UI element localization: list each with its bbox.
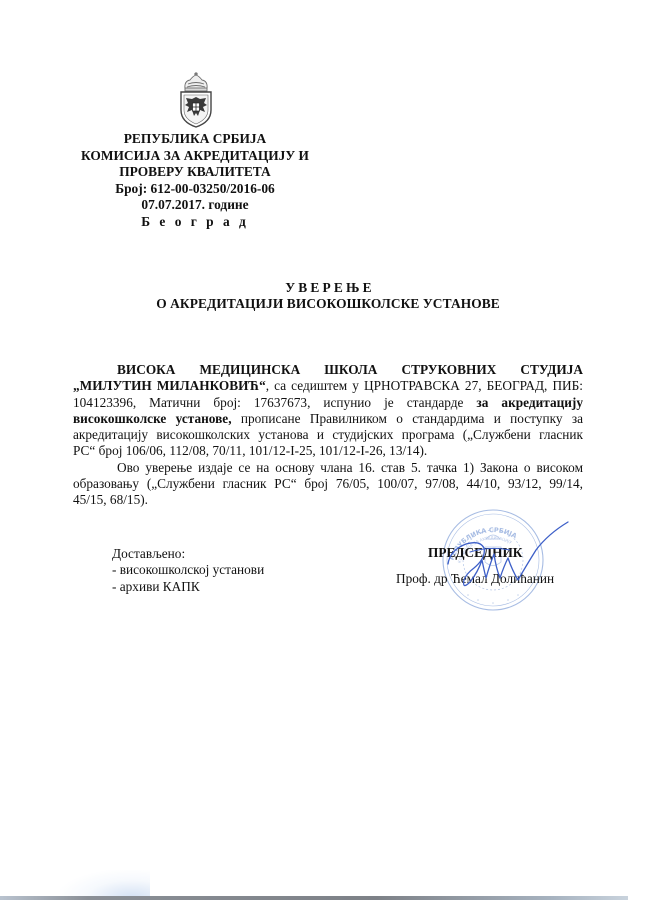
certificate-body: ВИСОКА МЕДИЦИНСКА ШКОЛА СТРУКОВНИХ СТУДИ… bbox=[73, 362, 583, 509]
body-line-3: 104123396, Матични број: 17637673, испун… bbox=[73, 395, 583, 411]
title-line2: О АКРЕДИТАЦИЈИ ВИСОКОШКОЛСКЕ УСТАНОВЕ bbox=[0, 296, 654, 312]
body-line-5: акредитацију високошколских установа и с… bbox=[73, 427, 583, 443]
institution-type-phrase: високошколске установе, bbox=[73, 411, 232, 426]
body-line-2: „МИЛУТИН МИЛАНКОВИЋ“, са седиштем у ЦРНО… bbox=[73, 378, 583, 394]
body-line-6: РС“ број 106/06, 112/08, 70/11, 101/12-I… bbox=[73, 443, 583, 459]
handwritten-signature-icon bbox=[440, 520, 580, 592]
distribution-list: Достављено: - високошколској установи - … bbox=[112, 546, 264, 595]
coat-of-arms-icon bbox=[176, 72, 216, 128]
document-title: УВЕРЕЊЕ О АКРЕДИТАЦИЈИ ВИСОКОШКОЛСКЕ УСТ… bbox=[0, 280, 654, 312]
title-line1: УВЕРЕЊЕ bbox=[0, 280, 654, 296]
scan-artifact bbox=[60, 870, 150, 898]
commission-name-line2: ПРОВЕРУ КВАЛИТЕТА bbox=[40, 164, 350, 181]
registration-numbers: 104123396, Матични број: 17637673, испун… bbox=[73, 395, 476, 410]
distribution-recipient: - архиви КАПК bbox=[112, 579, 264, 595]
institution-address: , са седиштем у ЦРНОТРАВСКА 27, БЕОГРАД,… bbox=[266, 378, 583, 393]
issuer-header: РЕПУБЛИКА СРБИЈА КОМИСИЈА ЗА АКРЕДИТАЦИЈ… bbox=[40, 131, 350, 230]
commission-name-line1: КОМИСИЈА ЗА АКРЕДИТАЦИЈУ И bbox=[40, 148, 350, 165]
legal-basis-line-1: Ово уверење издаје се на основу члана 16… bbox=[73, 460, 583, 476]
distribution-label: Достављено: bbox=[112, 546, 264, 562]
issue-place: Б е о г р а д bbox=[40, 214, 350, 231]
distribution-recipient: - високошколској установи bbox=[112, 562, 264, 578]
legal-basis-line-2: образовању („Службени гласник РС“ број 7… bbox=[73, 476, 583, 492]
institution-name: ВИСОКА МЕДИЦИНСКА ШКОЛА СТРУКОВНИХ СТУДИ… bbox=[73, 362, 583, 378]
body-line-4: високошколске установе, прописане Правил… bbox=[73, 411, 583, 427]
certificate-page: РЕПУБЛИКА СРБИЈА КОМИСИЈА ЗА АКРЕДИТАЦИЈ… bbox=[0, 0, 654, 897]
document-number: Број: 612-00-03250/2016-06 bbox=[40, 181, 350, 198]
institution-name-quoted: „МИЛУТИН МИЛАНКОВИЋ“ bbox=[73, 378, 266, 393]
regulation-reference: прописане Правилником о стандардима и по… bbox=[232, 411, 583, 426]
accreditation-phrase: за акредитацију bbox=[476, 395, 583, 410]
document-date: 07.07.2017. године bbox=[40, 197, 350, 214]
scanner-edge bbox=[0, 896, 628, 900]
country-name: РЕПУБЛИКА СРБИЈА bbox=[40, 131, 350, 148]
